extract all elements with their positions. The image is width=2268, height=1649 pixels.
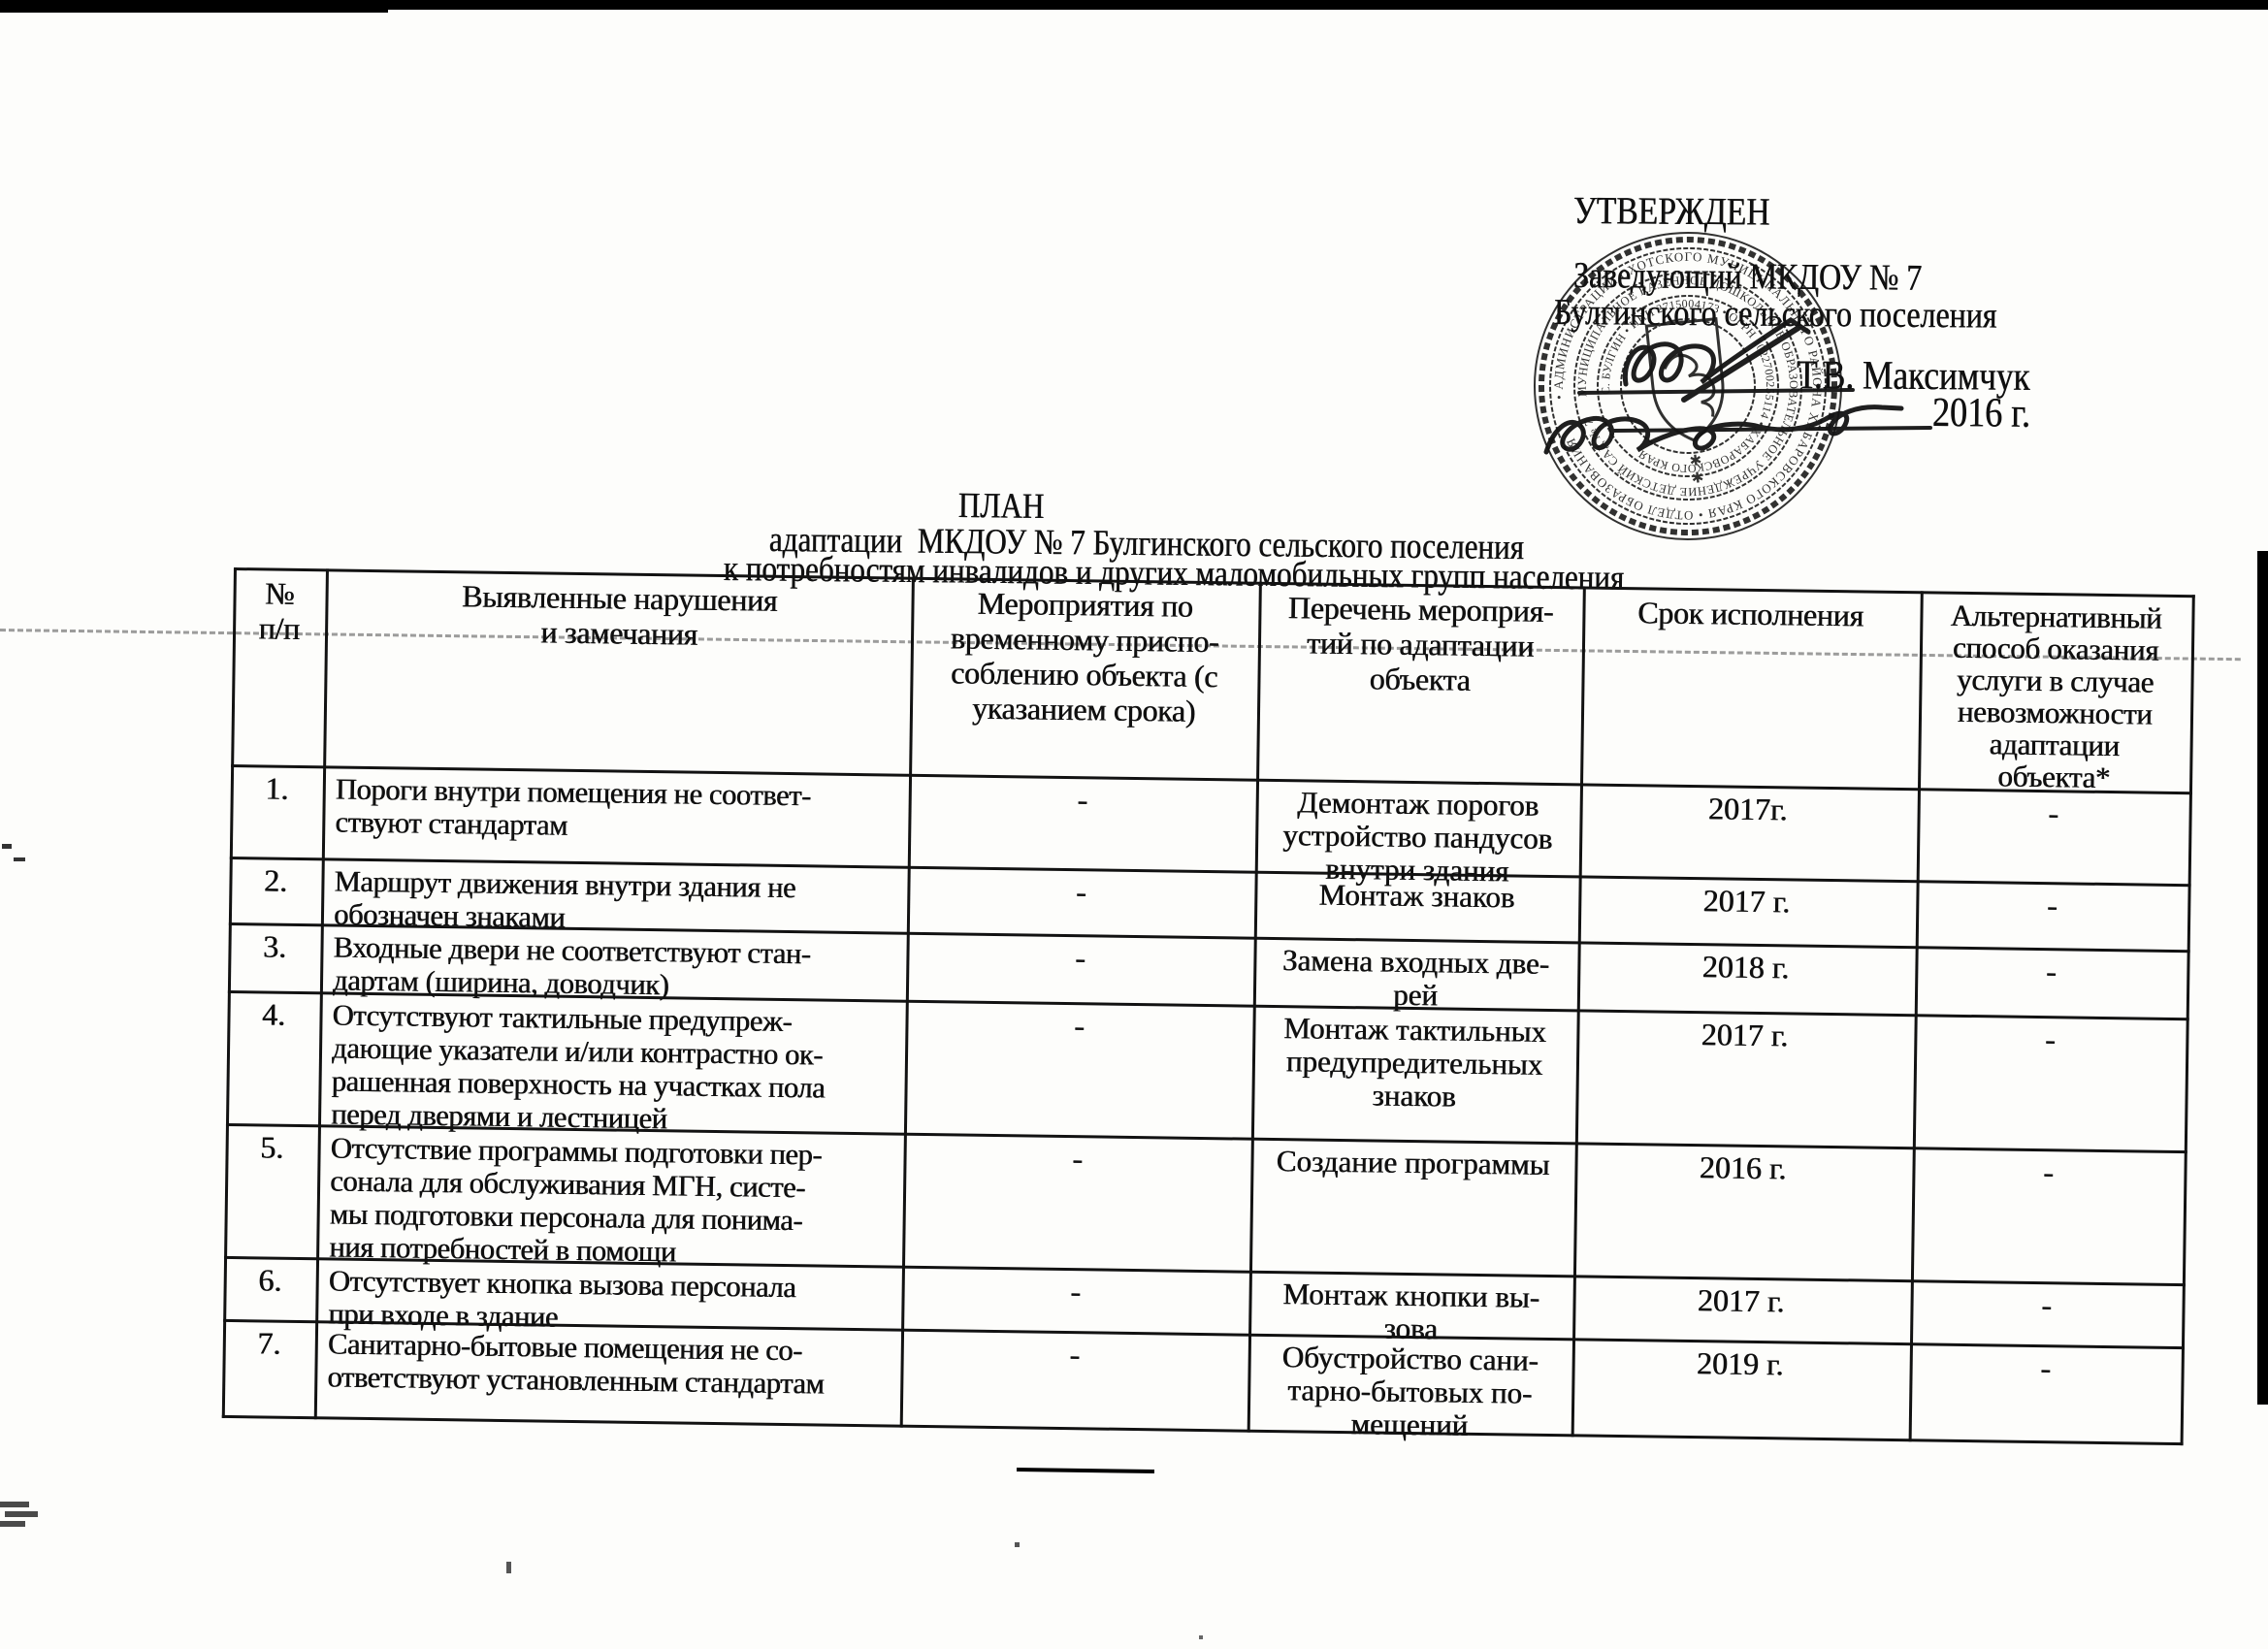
- row-number: 2.: [229, 863, 321, 897]
- cell-adaptation: Замена входных две- рей: [1257, 944, 1574, 1015]
- cell-adaptation: Монтаж знаков: [1258, 878, 1574, 916]
- signature-line-1: [1579, 390, 1853, 393]
- cell-violation: Санитарно-бытовые помещения не со- ответ…: [327, 1327, 891, 1401]
- cell-adaptation: Обустройство сани- тарно-бытовых по- мещ…: [1251, 1341, 1569, 1444]
- cell-temporary: -: [903, 1140, 1250, 1178]
- cell-deadline: 2019 г.: [1571, 1344, 1907, 1382]
- cell-alternative: -: [1915, 953, 2187, 989]
- cell-alternative: -: [1912, 1153, 2184, 1190]
- cell-violation: Отсутствует кнопка вызова персонала при …: [328, 1264, 891, 1338]
- cell-deadline: 2018 г.: [1577, 948, 1913, 986]
- cell-violation: Маршрут движения внутри здания не обозна…: [334, 864, 897, 938]
- row-number: 6.: [224, 1263, 316, 1297]
- header-cell-num: № п/п: [233, 575, 326, 646]
- header-cell-adaptation: Перечень мероприя- тий по адаптации объе…: [1261, 590, 1578, 699]
- cell-deadline: 2017 г.: [1576, 1016, 1912, 1053]
- header-cell-violations: Выявленные нарушения и замечания: [338, 577, 901, 655]
- cell-temporary: -: [905, 1007, 1252, 1045]
- cell-deadline: 2017г.: [1579, 790, 1915, 827]
- cell-deadline: 2017 г.: [1578, 882, 1914, 920]
- cell-violation: Отсутствие программы подготовки пер- сон…: [329, 1131, 893, 1271]
- row-number: 5.: [225, 1130, 317, 1164]
- header-cell-alternative: Альтернативный способ оказания услуги в …: [1918, 598, 2192, 794]
- signature-stroke-1: [1625, 320, 1808, 384]
- cell-temporary: -: [909, 781, 1256, 819]
- cell-temporary: -: [907, 873, 1254, 911]
- header-cell-temporary: Мероприятия по временному приспо- соблен…: [910, 585, 1259, 729]
- signature-line-2: [1614, 428, 1930, 431]
- scanned-document-page: УТВЕРЖДЕН Заведующий МКДОУ № 7 Булгинско…: [0, 0, 2268, 1649]
- cell-violation: Отсутствуют тактильные предупреж- дающие…: [331, 998, 895, 1138]
- cell-violation: Входные двери не соответствуют стан- дар…: [333, 930, 896, 1004]
- row-number: 4.: [227, 997, 319, 1031]
- row-number: 1.: [231, 771, 323, 805]
- cell-alternative: -: [1916, 887, 2187, 923]
- cell-alternative: -: [1917, 794, 2188, 831]
- cell-deadline: 2016 г.: [1574, 1148, 1910, 1186]
- cell-temporary: -: [901, 1336, 1248, 1374]
- cell-temporary: -: [906, 939, 1253, 977]
- cell-deadline: 2017 г.: [1572, 1281, 1908, 1319]
- cell-adaptation: Демонтаж порогов устройство пандусов вну…: [1259, 786, 1576, 889]
- adaptation-plan-table: № п/п Выявленные нарушения и замечания М…: [222, 567, 2195, 1445]
- cell-violation: Пороги внутри помещения не соответ- ству…: [335, 772, 898, 846]
- row-number: 7.: [223, 1326, 315, 1360]
- cell-alternative: -: [1909, 1349, 2181, 1386]
- cell-adaptation: Монтаж тактильных предупредительных знак…: [1255, 1012, 1572, 1115]
- cell-alternative: -: [1914, 1020, 2186, 1057]
- cell-alternative: -: [1910, 1286, 2182, 1323]
- row-number: 3.: [228, 929, 320, 963]
- header-cell-deadline: Срок исполнения: [1582, 594, 1918, 633]
- cell-temporary: -: [901, 1273, 1248, 1310]
- cell-adaptation: Монтаж кнопки вы- зова: [1252, 1277, 1570, 1348]
- cell-adaptation: Создание программы: [1254, 1145, 1571, 1182]
